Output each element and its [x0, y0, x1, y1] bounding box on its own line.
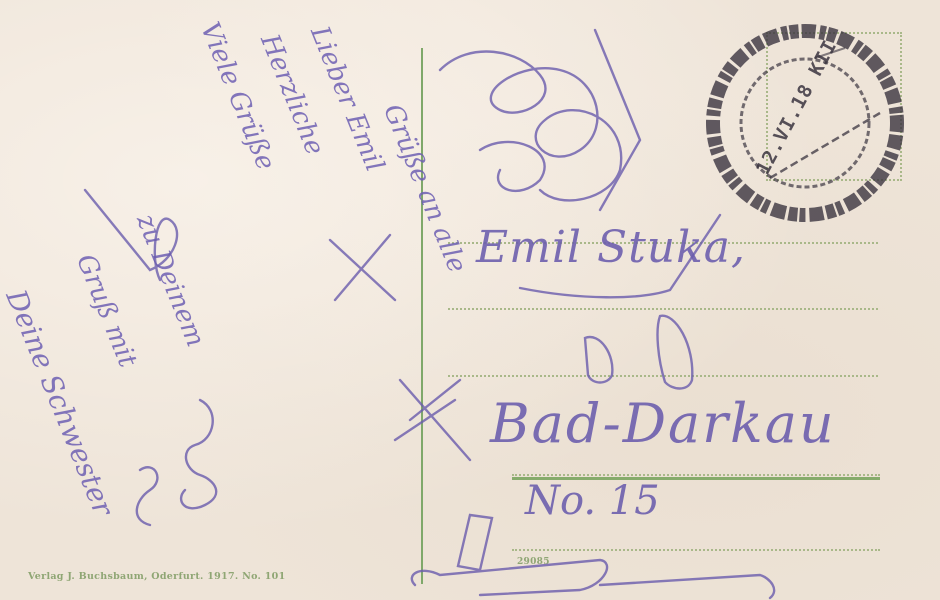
postcard: Verlag J. Buchsbaum, Oderfurt. 1917. No.…: [0, 0, 940, 600]
ink-scribbles: [0, 0, 940, 600]
